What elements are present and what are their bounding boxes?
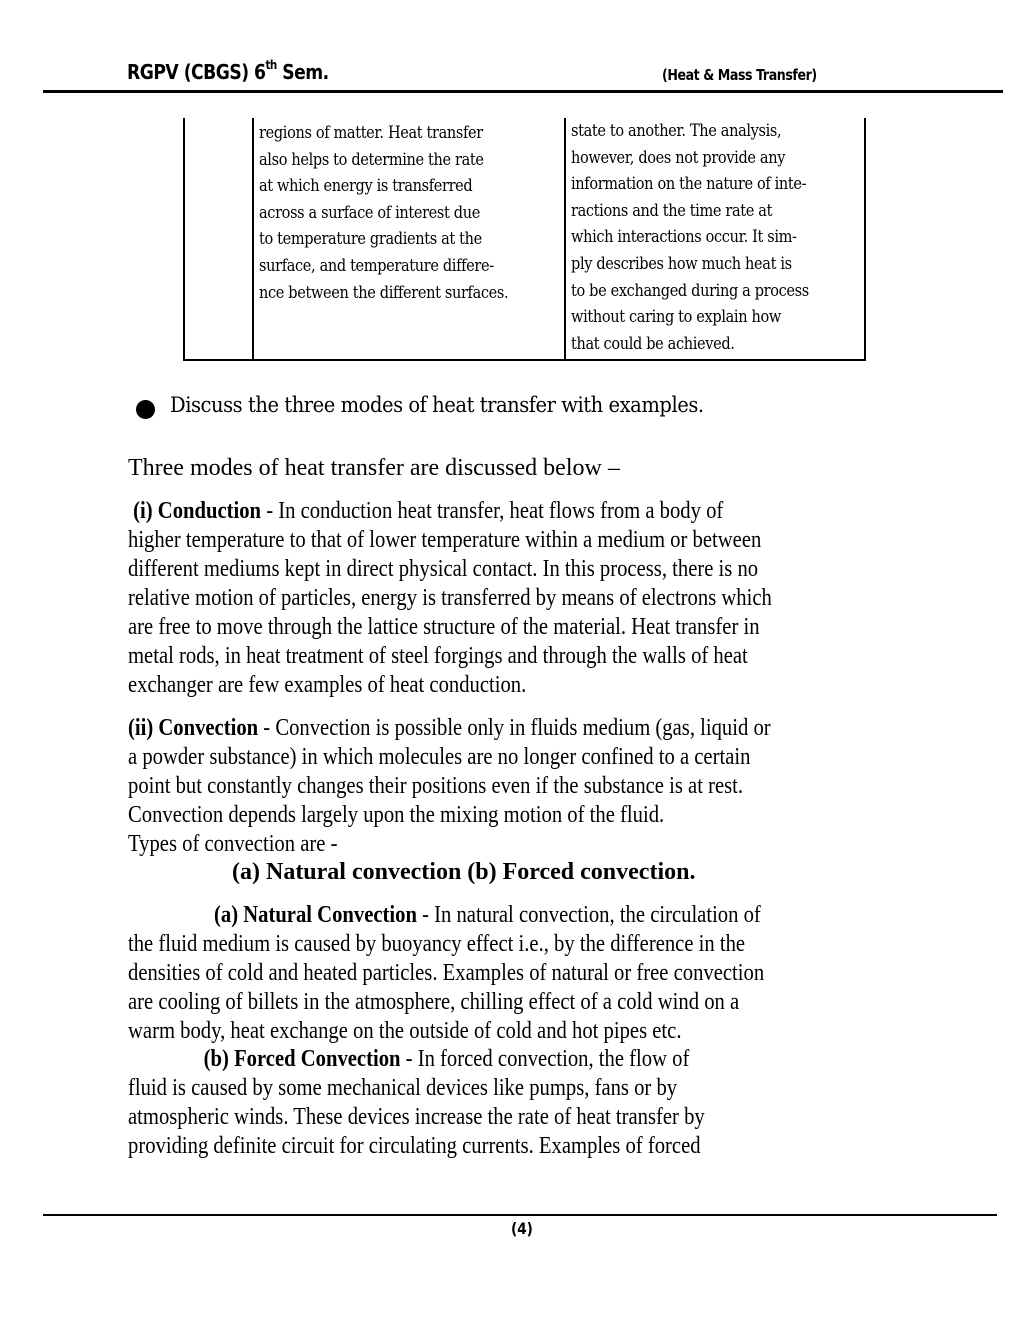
subject-title: (Heat & Mass Transfer)	[662, 66, 817, 84]
page-number: (4)	[511, 1219, 533, 1238]
forced-convection-heading: (b) Forced Convection	[204, 1046, 401, 1072]
convection-heading: (ii) Convection	[128, 715, 258, 741]
comparison-table-fragment: regions of matter. Heat transfer also he…	[183, 118, 866, 361]
answer-intro: Three modes of heat transfer are discuss…	[128, 454, 918, 483]
question-heading: Discuss the three modes of heat transfer…	[170, 393, 704, 417]
header-divider	[43, 90, 1003, 93]
table-cell-heat-transfer: regions of matter. Heat transfer also he…	[259, 120, 542, 306]
table-border-left	[183, 118, 185, 361]
natural-convection-heading: (a) Natural Convection	[214, 902, 417, 928]
bullet-icon	[136, 400, 155, 419]
table-border-right	[864, 118, 866, 361]
convection-types-list: (a) Natural convection (b) Forced convec…	[232, 858, 1020, 887]
course-title: RGPV (CBGS) 6th Sem.	[127, 60, 329, 84]
table-border-col2	[564, 118, 566, 361]
convection-paragraph: (ii) Convection - Convection is possible…	[128, 714, 918, 859]
natural-convection-paragraph: (a) Natural Convection - In natural conv…	[128, 901, 918, 1046]
table-cell-thermodynamics: state to another. The analysis, however,…	[571, 118, 841, 357]
forced-convection-paragraph: (b) Forced Convection - In forced convec…	[128, 1045, 918, 1161]
table-border-col1	[252, 118, 254, 361]
footer-divider	[43, 1214, 997, 1216]
conduction-heading: (i) Conduction	[133, 498, 261, 524]
conduction-paragraph: (i) Conduction - In conduction heat tran…	[128, 497, 918, 700]
table-border-bottom	[183, 359, 866, 361]
document-page: RGPV (CBGS) 6th Sem. (Heat & Mass Transf…	[0, 0, 1020, 1320]
